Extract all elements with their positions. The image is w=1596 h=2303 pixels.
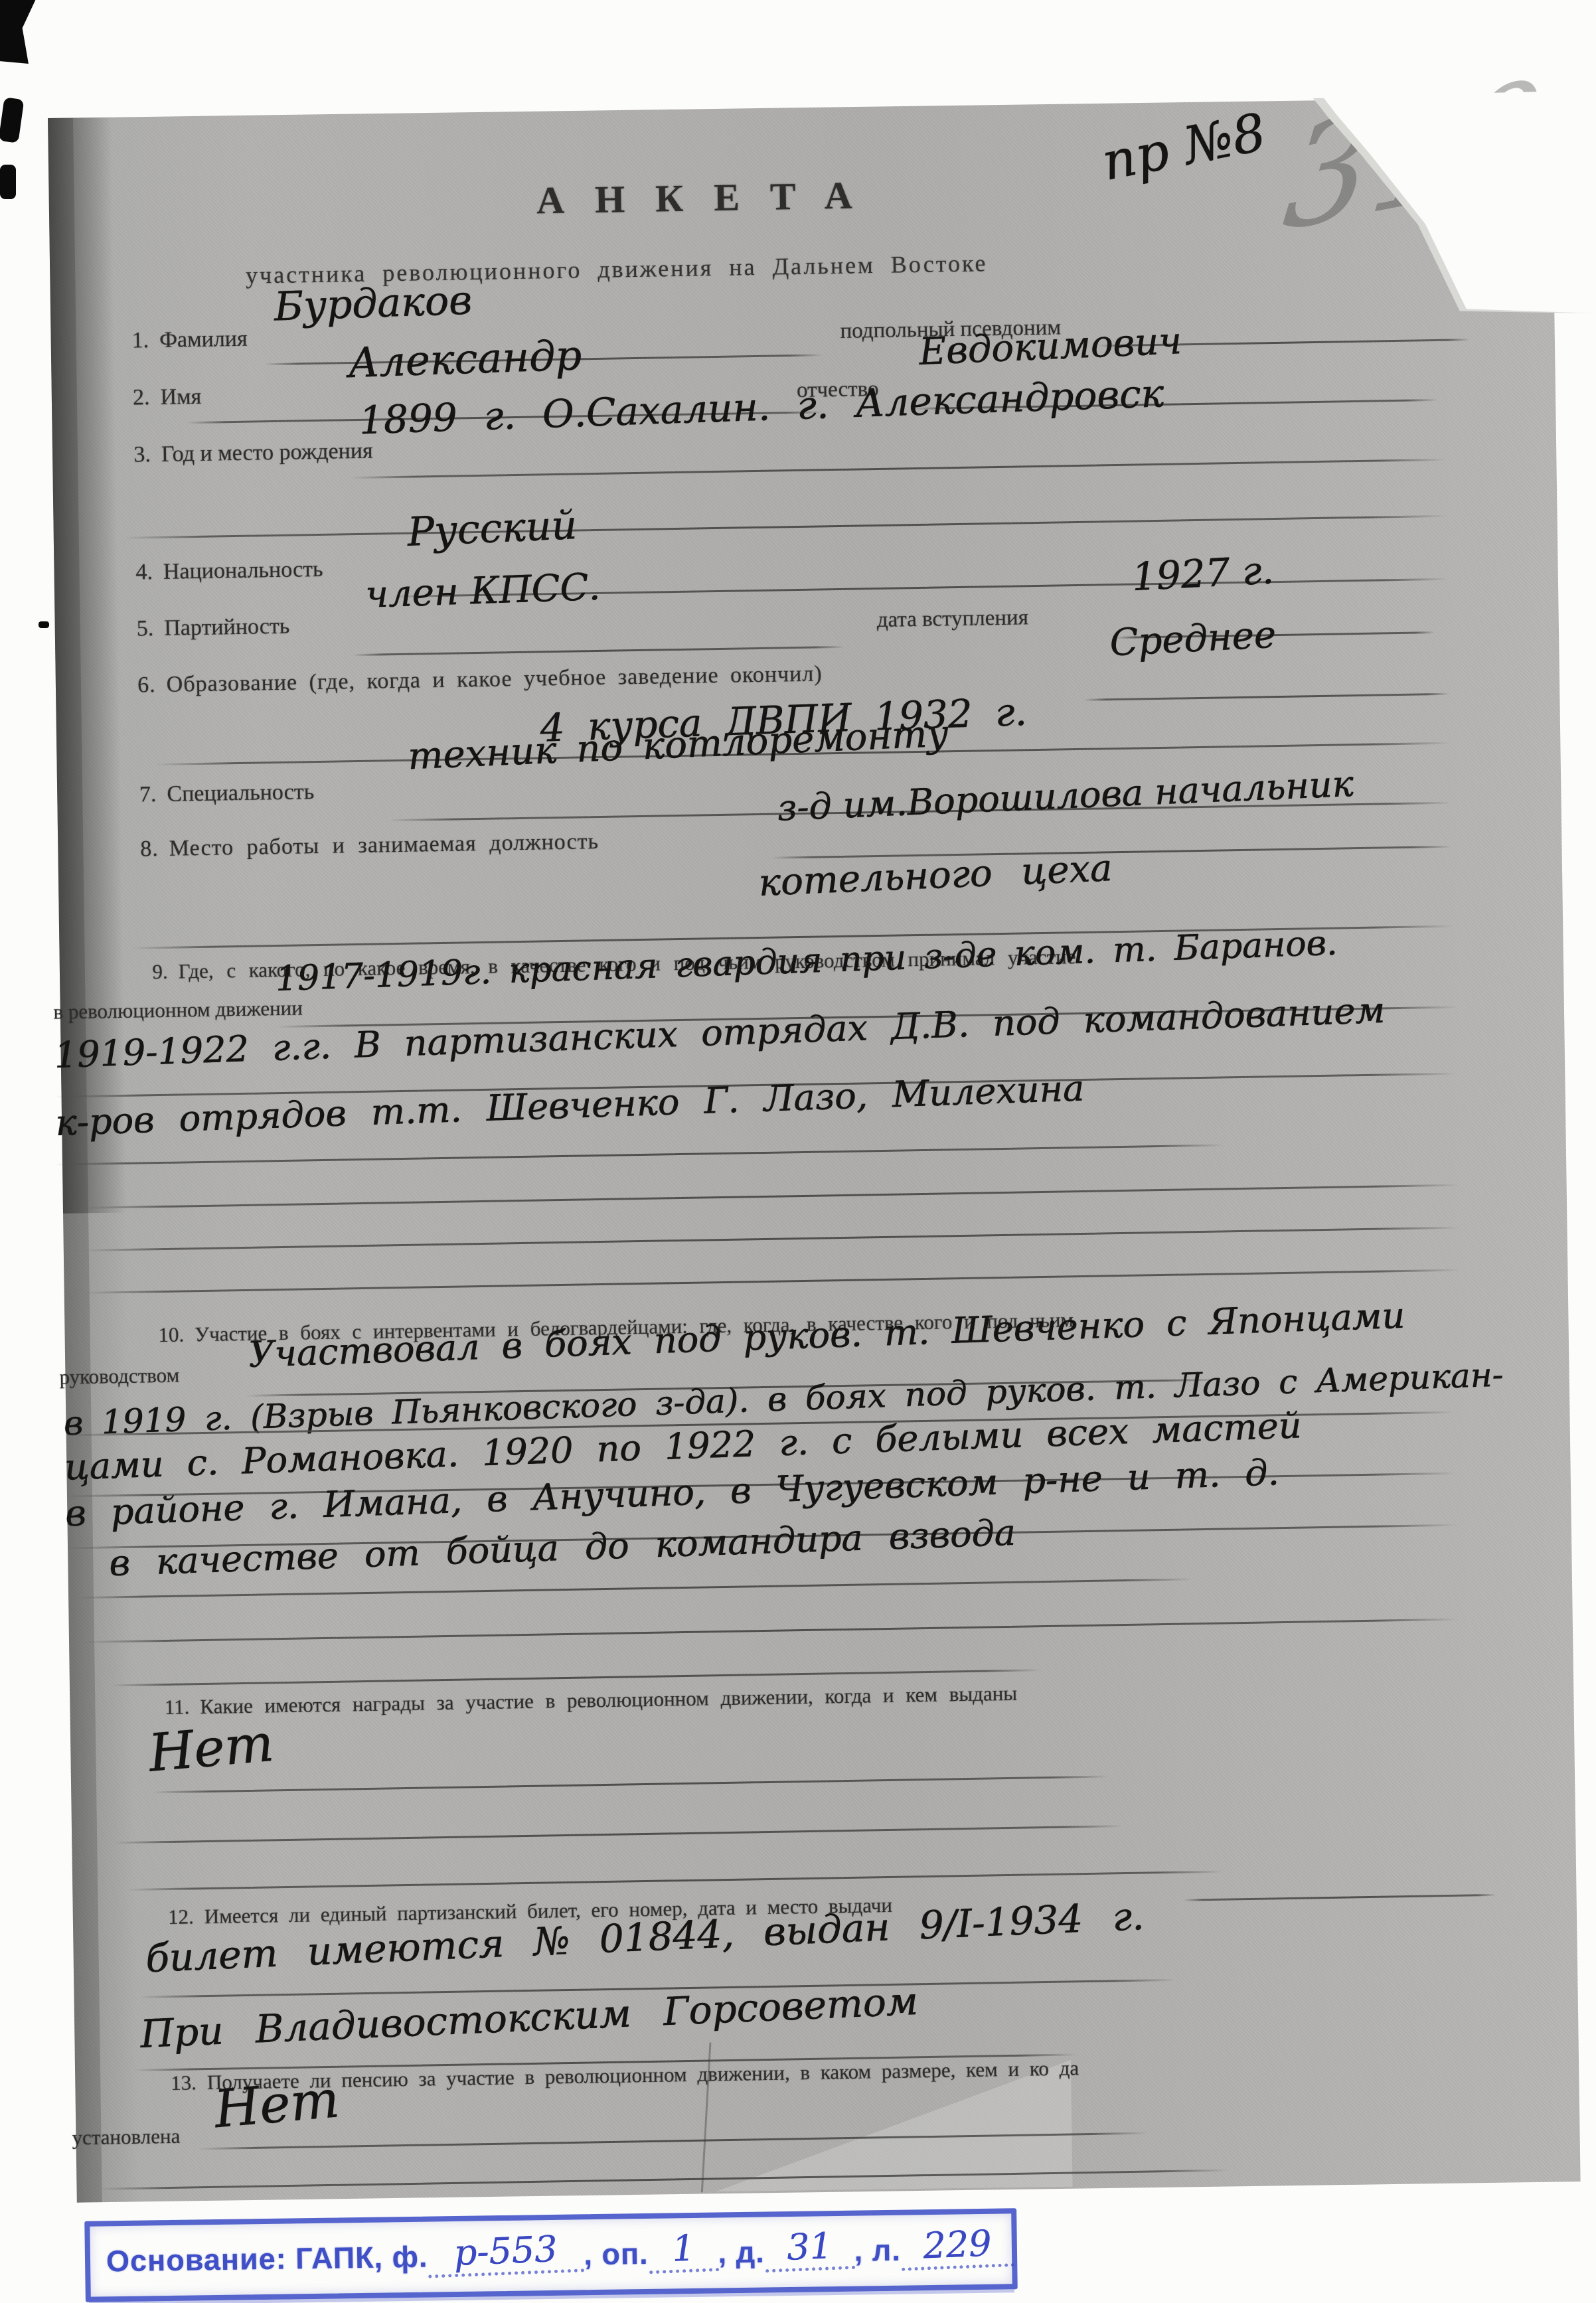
field-6-label: 6.Образование (где, когда и какое учебно… bbox=[137, 661, 823, 698]
field-9-value: 1917-1919г. красная гвардия при з-де ком… bbox=[275, 923, 1338, 999]
stamp-delo-label: , д. bbox=[718, 2235, 765, 2270]
ruled-line bbox=[84, 1269, 1460, 1294]
archivist-note-ink: пр №8 bbox=[1097, 102, 1271, 193]
ruled-line bbox=[353, 646, 844, 656]
ruled-line bbox=[1184, 1894, 1496, 1901]
form-content: АНКЕТА участника революционного движения… bbox=[0, 0, 1596, 2303]
field-5-label2: дата вступления bbox=[876, 605, 1028, 633]
field-13-number: 13. bbox=[171, 2071, 197, 2095]
field-6-number: 6. bbox=[137, 673, 156, 697]
field-3-label: 3.Год и место рождения bbox=[133, 439, 373, 468]
field-8-label: 8.Место работы и занимаемая должность bbox=[140, 829, 599, 862]
field-9-value-line3: к-ров отрядов т.т. Шевченко Г. Лазо, Мил… bbox=[54, 1067, 1085, 1144]
field-13-label2: установлена bbox=[72, 2124, 180, 2150]
field-8-value2: котельного цеха bbox=[758, 846, 1113, 905]
stamp-list-value: 229 bbox=[900, 2221, 1014, 2271]
field-5-label: 5.Партийность bbox=[137, 614, 290, 642]
ruled-line bbox=[127, 1871, 1223, 1891]
field-7-label: 7.Специальность bbox=[139, 779, 315, 807]
field-10-number: 10. bbox=[158, 1322, 184, 1346]
field-5-number: 5. bbox=[137, 616, 154, 641]
form-title: АНКЕТА bbox=[536, 173, 883, 223]
field-11-number: 11. bbox=[164, 1695, 189, 1719]
scanned-questionnaire-page: { "page": { "title": "АНКЕТА", "subtitle… bbox=[0, 0, 1596, 2303]
ruled-line bbox=[125, 515, 1447, 539]
field-4-number: 4. bbox=[135, 560, 153, 584]
field-1-value: Бурдаков bbox=[274, 277, 473, 330]
ruled-line bbox=[76, 1578, 1192, 1599]
ruled-line bbox=[56, 1144, 1224, 1165]
ruled-line bbox=[114, 1825, 1123, 1844]
field-8-number: 8. bbox=[140, 836, 159, 861]
stamp-fond-value: р-553 bbox=[427, 2227, 585, 2278]
field-4-value: Русский bbox=[406, 502, 578, 556]
stamp-delo-value: 31 bbox=[763, 2224, 855, 2272]
ruled-line bbox=[350, 459, 1445, 479]
field-7-number: 7. bbox=[139, 782, 157, 807]
field-1-number: 1. bbox=[131, 328, 149, 353]
field-2-number: 2. bbox=[133, 385, 150, 410]
field-10-label2: руководством bbox=[59, 1364, 179, 1390]
field-3-number: 3. bbox=[133, 442, 151, 467]
field-10-value: Участвовал в боях под руков. т. Шевченко… bbox=[248, 1295, 1405, 1376]
field-12-number: 12. bbox=[168, 1905, 194, 1929]
field-2-label: 2.Имя bbox=[133, 384, 202, 411]
ruled-line bbox=[83, 1184, 1459, 1209]
field-1-label: 1.Фамилия bbox=[131, 327, 248, 354]
field-13-value: Нет bbox=[212, 2069, 341, 2140]
field-6-value: Среднее bbox=[1109, 613, 1277, 665]
stamp-opis-label: , оп. bbox=[584, 2237, 649, 2272]
ruled-line bbox=[153, 1775, 1109, 1793]
ruled-line bbox=[84, 1619, 1458, 1643]
ruled-line bbox=[1084, 693, 1449, 701]
scan-artifact-mark bbox=[0, 165, 16, 199]
field-5-value: член КПСС. bbox=[364, 566, 601, 617]
ruled-line bbox=[84, 1227, 1459, 1251]
field-8-value: з-д им.Ворошилова начальник bbox=[776, 763, 1354, 829]
field-5-value2: 1927 г. bbox=[1131, 547, 1275, 599]
ruled-line bbox=[100, 2170, 1228, 2190]
scan-artifact-mark bbox=[39, 621, 49, 628]
archive-reference-stamp: Основание: ГАПК, ф. р-553 , оп. 1 , д. 3… bbox=[84, 2208, 1018, 2302]
stamp-prefix: Основание: ГАПК, ф. bbox=[106, 2240, 428, 2279]
field-11-label: 11.Какие имеются награды за участие в ре… bbox=[164, 1682, 1017, 1719]
field-11-value: Нет bbox=[146, 1713, 276, 1784]
stamp-list-label: , л. bbox=[854, 2233, 901, 2268]
stamp-opis-value: 1 bbox=[647, 2226, 719, 2274]
field-2-value: Александр bbox=[347, 331, 582, 387]
field-4-label: 4.Национальность bbox=[135, 557, 323, 586]
ruled-line bbox=[199, 2132, 1148, 2150]
field-9-label2: в революционном движении bbox=[53, 996, 303, 1024]
field-9-number: 9. bbox=[152, 960, 168, 983]
